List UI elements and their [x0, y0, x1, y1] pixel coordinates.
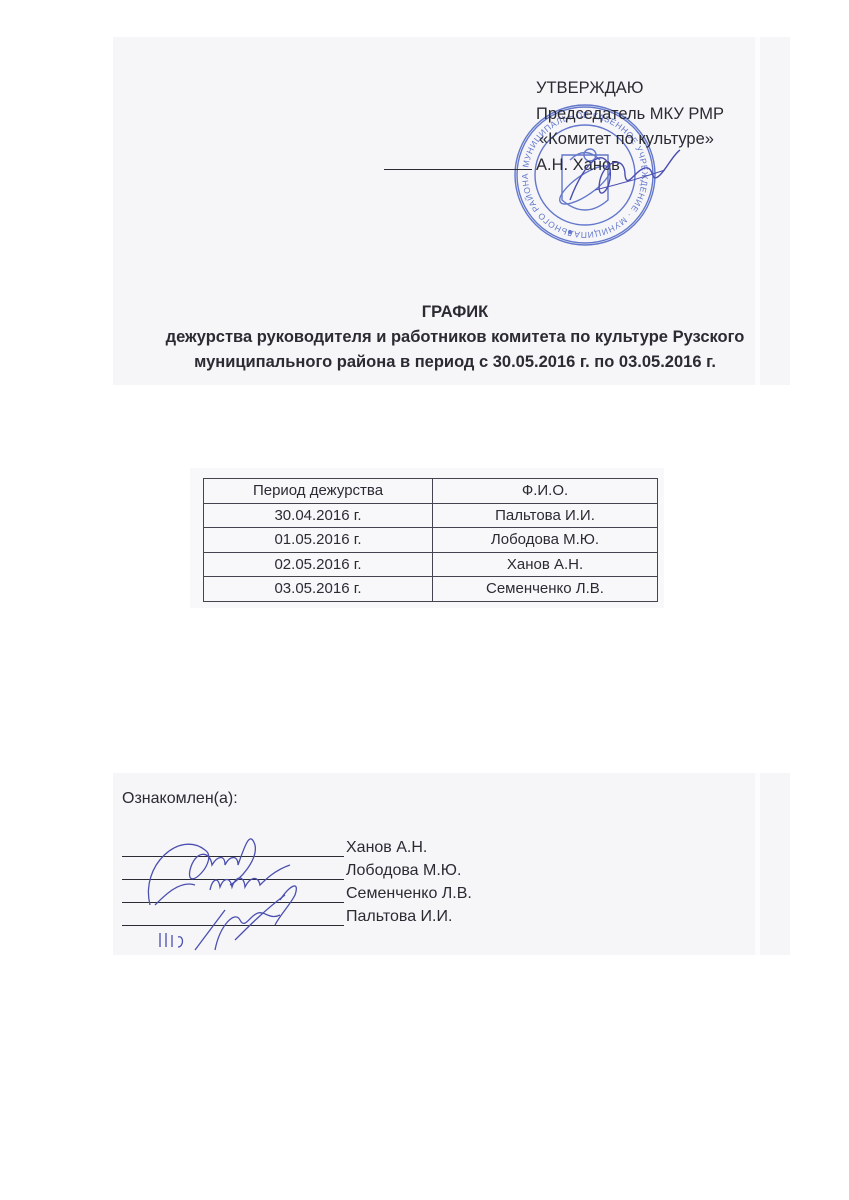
signature-row: Лободова М.Ю. [122, 857, 472, 880]
signer-name: Лободова М.Ю. [346, 862, 461, 880]
approval-heading: УТВЕРЖДАЮ [536, 76, 724, 102]
cell-date: 03.05.2016 г. [204, 577, 433, 602]
table-row: 01.05.2016 г. Лободова М.Ю. [204, 528, 658, 553]
acknowledgement-block: Ознакомлен(а): Ханов А.Н. Лободова М.Ю. … [122, 790, 472, 926]
cell-name: Семенченко Л.В. [433, 577, 658, 602]
scan-artifact-band [755, 773, 760, 955]
acknowledgement-label: Ознакомлен(а): [122, 790, 472, 808]
cell-date: 02.05.2016 г. [204, 552, 433, 577]
signature-line [122, 839, 344, 857]
cell-date: 01.05.2016 г. [204, 528, 433, 553]
document-title: ГРАФИК дежурства руководителя и работник… [130, 300, 780, 375]
cell-date: 30.04.2016 г. [204, 503, 433, 528]
approval-signature-line [384, 155, 532, 170]
signature-line [122, 908, 344, 926]
cell-name: Ханов А.Н. [433, 552, 658, 577]
signer-name: Семенченко Л.В. [346, 885, 472, 903]
table-row: 03.05.2016 г. Семенченко Л.В. [204, 577, 658, 602]
table-row: 30.04.2016 г. Пальтова И.И. [204, 503, 658, 528]
duty-schedule-table: Период дежурства Ф.И.О. 30.04.2016 г. Па… [203, 478, 658, 602]
signer-name: Ханов А.Н. [346, 839, 427, 857]
signature-line [122, 862, 344, 880]
signature-line [122, 885, 344, 903]
column-header-period: Период дежурства [204, 479, 433, 504]
signature-row: Ханов А.Н. [122, 834, 472, 857]
table-row: 02.05.2016 г. Ханов А.Н. [204, 552, 658, 577]
signer-name: Пальтова И.И. [346, 908, 452, 926]
signature-row: Пальтова И.И. [122, 903, 472, 926]
approval-position-line2: «Комитет по культуре» [539, 127, 727, 153]
title-line1: дежурства руководителя и работников коми… [130, 325, 780, 350]
table-header-row: Период дежурства Ф.И.О. [204, 479, 658, 504]
approval-position-line1: Председатель МКУ РМР [536, 102, 724, 128]
approval-signature-row: А.Н. Ханов [384, 153, 720, 179]
title-line2: муниципального района в период с 30.05.2… [130, 350, 780, 375]
approval-signatory: А.Н. Ханов [536, 156, 620, 174]
cell-name: Пальтова И.И. [433, 503, 658, 528]
cell-name: Лободова М.Ю. [433, 528, 658, 553]
approval-block: УТВЕРЖДАЮ Председатель МКУ РМР «Комитет … [536, 76, 724, 178]
column-header-name: Ф.И.О. [433, 479, 658, 504]
signature-row: Семенченко Л.В. [122, 880, 472, 903]
title-heading: ГРАФИК [130, 300, 780, 325]
